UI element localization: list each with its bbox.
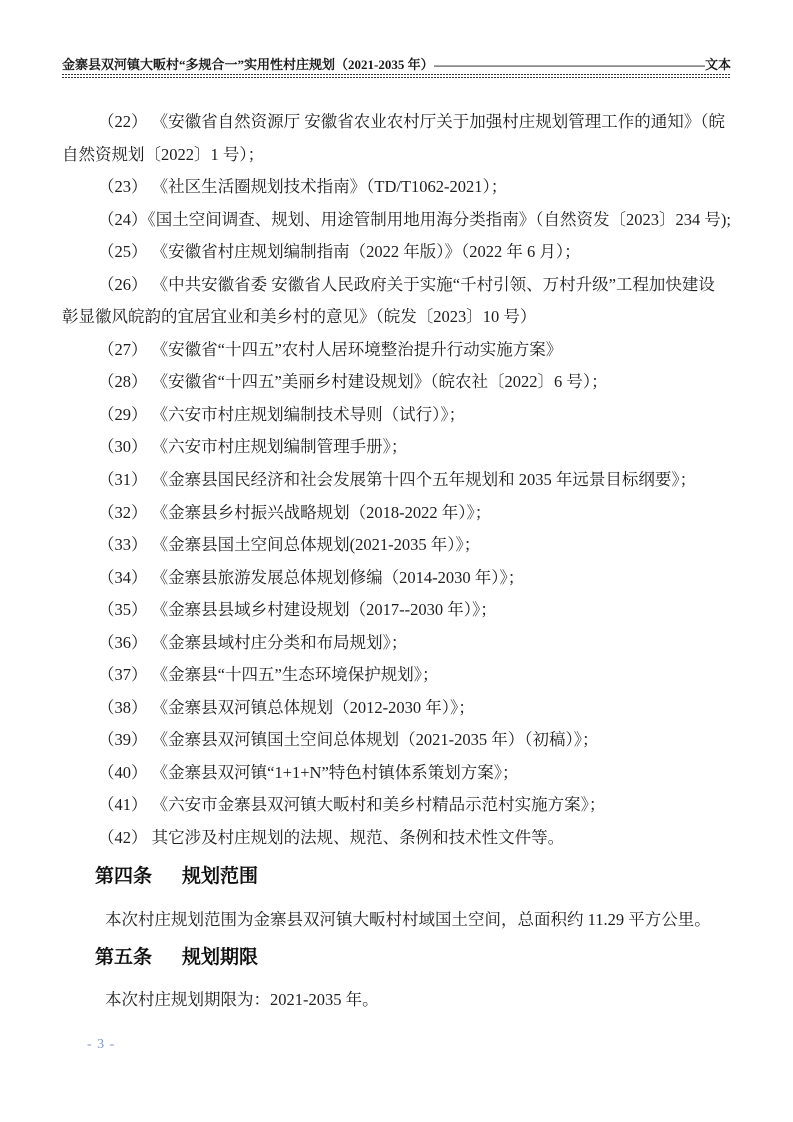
reference-line: 自然资规划〔2022〕1 号）； — [62, 139, 731, 172]
reference-line: （31） 《金寨县国民经济和社会发展第十四个五年规划和 2035 年远景目标纲要… — [62, 464, 731, 497]
reference-line: （22） 《安徽省自然资源厅 安徽省农业农村厅关于加强村庄规划管理工作的通知》（… — [62, 106, 731, 139]
reference-line: （26） 《中共安徽省委 安徽省人民政府关于实施“千村引领、万村升级”工程加快建… — [62, 269, 731, 302]
reference-line: （24）《国土空间调查、规划、用途管制用地用海分类指南》（自然资发〔2023〕2… — [62, 204, 731, 237]
reference-line: （27） 《安徽省“十四五”农村人居环境整治提升行动实施方案》 — [62, 334, 731, 367]
section-paragraph-scope: 本次村庄规划范围为金寨县双河镇大畈村村域国土空间，总面积约 11.29 平方公里… — [62, 904, 731, 936]
reference-line: （37） 《金寨县“十四五”生态环境保护规划》； — [62, 659, 731, 692]
reference-line: （34） 《金寨县旅游发展总体规划修编（2014-2030 年）》； — [62, 562, 731, 595]
header-line: 金寨县双河镇大畈村“多规合一”实用性村庄规划（2021-2035 年） ————… — [62, 57, 731, 72]
header-right-label: 文本 — [705, 57, 731, 72]
reference-line: （42） 其它涉及村庄规划的法规、规范、条例和技术性文件等。 — [62, 822, 731, 855]
document-page: 金寨县双河镇大畈村“多规合一”实用性村庄规划（2021-2035 年） ————… — [0, 0, 793, 1122]
section-title: 规划范围 — [182, 866, 258, 887]
reference-line: （36） 《金寨县域村庄分类和布局规划》； — [62, 627, 731, 660]
header-title: 金寨县双河镇大畈村“多规合一”实用性村庄规划（2021-2035 年） — [62, 57, 434, 72]
reference-line: （41） 《六安市金寨县双河镇大畈村和美乡村精品示范村实施方案》； — [62, 789, 731, 822]
reference-line: （23） 《社区生活圈规划技术指南》（TD/T1062-2021）； — [62, 171, 731, 204]
reference-line: （40） 《金寨县双河镇“1+1+N”特色村镇体系策划方案》； — [62, 757, 731, 790]
section-number: 第四条 — [95, 866, 152, 887]
page-number: - 3 - — [87, 1037, 115, 1052]
reference-line: （32） 《金寨县乡村振兴战略规划（2018-2022 年）》； — [62, 497, 731, 530]
reference-line: （30） 《六安市村庄规划编制管理手册》； — [62, 431, 731, 464]
document-body: （22） 《安徽省自然资源厅 安徽省农业农村厅关于加强村庄规划管理工作的通知》（… — [62, 106, 731, 1016]
header-dash-leader: ———————————————————————————————— — [434, 57, 705, 72]
section-number: 第五条 — [95, 947, 152, 968]
reference-line: （39） 《金寨县双河镇国土空间总体规划（2021-2035 年）（初稿）》； — [62, 724, 731, 757]
reference-list: （22） 《安徽省自然资源厅 安徽省农业农村厅关于加强村庄规划管理工作的通知》（… — [62, 106, 731, 855]
reference-line: （28） 《安徽省“十四五”美丽乡村建设规划》（皖农社〔2022〕6 号）； — [62, 366, 731, 399]
section-heading-article-4: 第四条规划范围 — [62, 864, 731, 890]
reference-line: （25） 《安徽省村庄规划编制指南（2022 年版）》（2022 年 6 月）； — [62, 236, 731, 269]
section-heading-article-5: 第五条规划期限 — [62, 945, 731, 971]
page-footer: - 3 - — [62, 1037, 731, 1053]
header-double-dotted-rule — [62, 74, 731, 78]
reference-line: （38） 《金寨县双河镇总体规划（2012-2030 年）》； — [62, 692, 731, 725]
page-header: 金寨县双河镇大畈村“多规合一”实用性村庄规划（2021-2035 年） ————… — [62, 57, 731, 78]
section-paragraph-period: 本次村庄规划期限为：2021-2035 年。 — [62, 984, 731, 1016]
section-title: 规划期限 — [182, 947, 258, 968]
page-content: 金寨县双河镇大畈村“多规合一”实用性村庄规划（2021-2035 年） ————… — [62, 0, 731, 1053]
reference-line: （29） 《六安市村庄规划编制技术导则（试行）》； — [62, 399, 731, 432]
reference-line: 彰显徽风皖韵的宜居宜业和美乡村的意见》（皖发〔2023〕10 号） — [62, 301, 731, 334]
reference-line: （35） 《金寨县县域乡村建设规划（2017--2030 年）》； — [62, 594, 731, 627]
reference-line: （33） 《金寨县国土空间总体规划(2021-2035 年）》； — [62, 529, 731, 562]
